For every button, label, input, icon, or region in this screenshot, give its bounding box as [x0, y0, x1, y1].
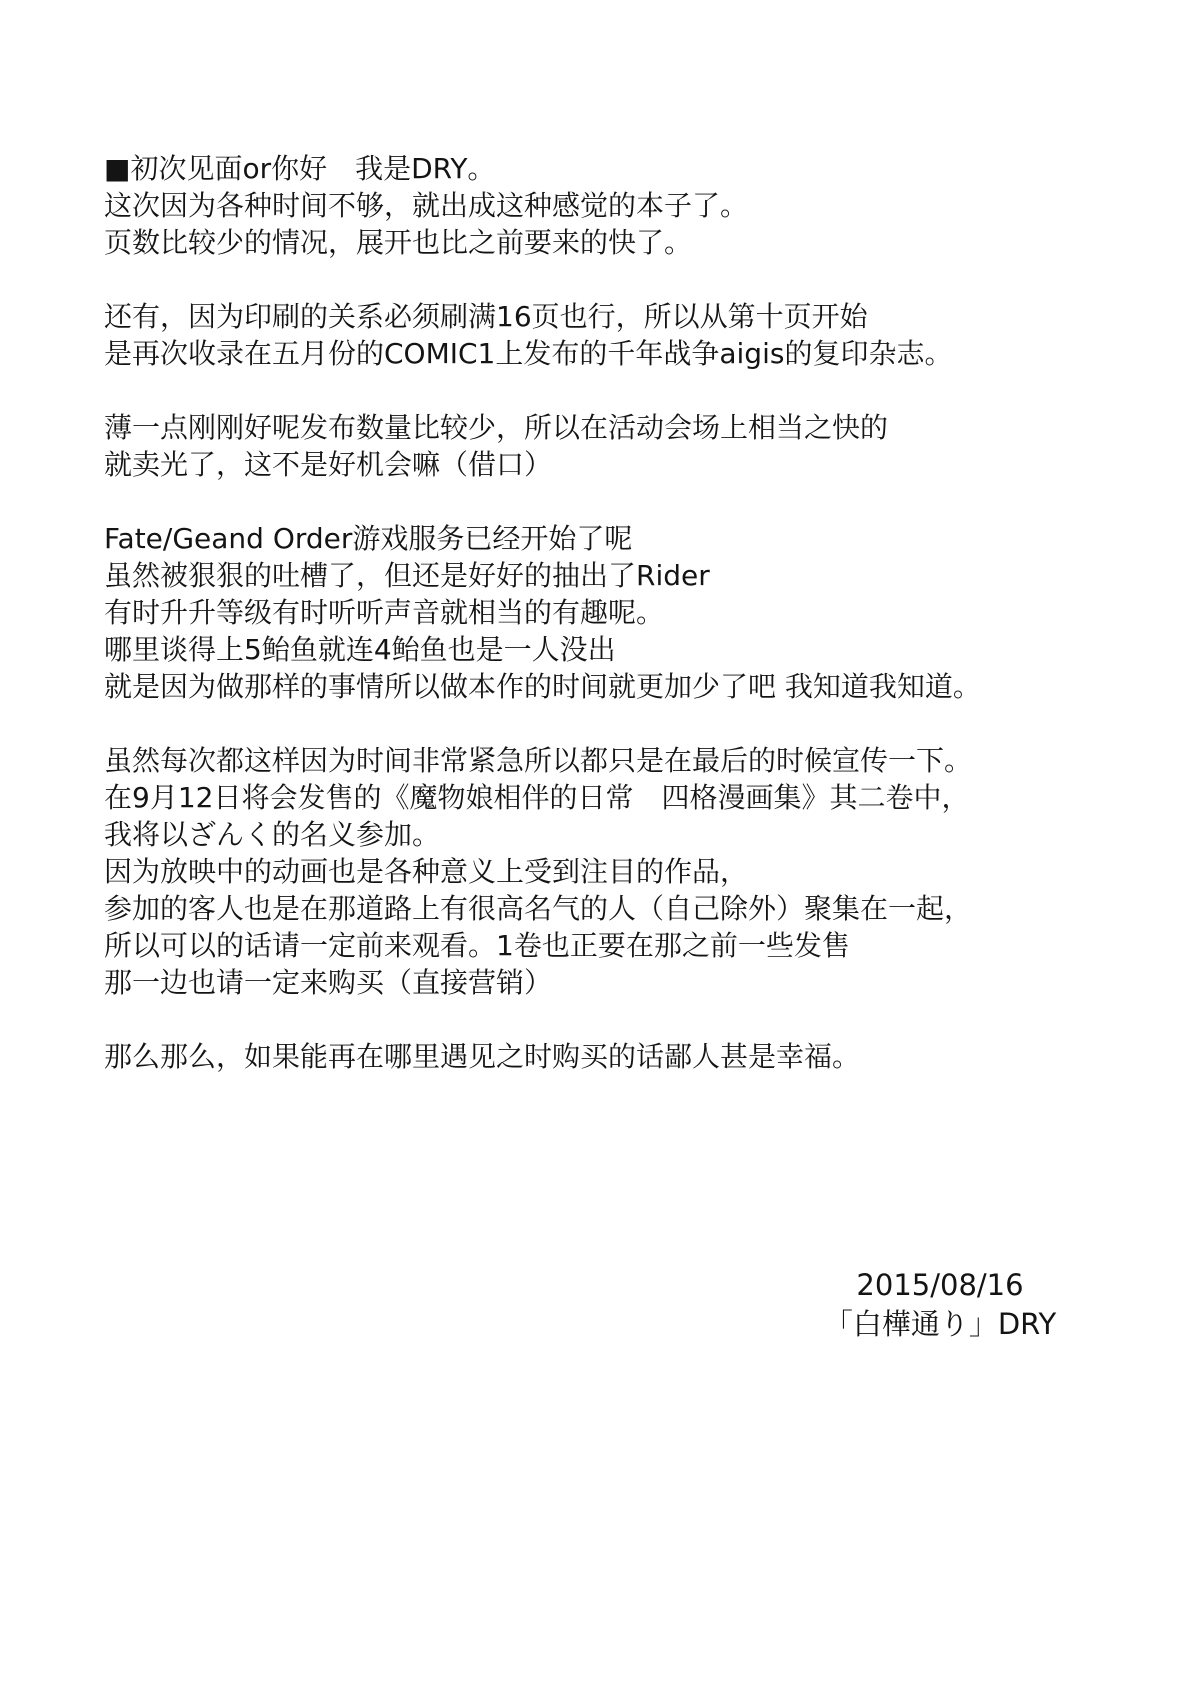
paragraph-fgo: Fate/Geand Order游戏服务已经开始了呢 虽然被狠狠的吐槽了，但还是… — [104, 520, 1124, 705]
text-line: 这次因为各种时间不够，就出成这种感觉的本子了。 — [104, 187, 1124, 224]
text-line: 是再次收录在五月份的COMIC1上发布的千年战争aigis的复印杂志。 — [104, 335, 1124, 372]
text-line: 那么那么，如果能再在哪里遇见之时购买的话鄙人甚是幸福。 — [104, 1038, 1124, 1075]
signature-block: 2015/08/16 「白樺通り」DRY — [780, 1266, 1100, 1344]
paragraph-closing: 那么那么，如果能再在哪里遇见之时购买的话鄙人甚是幸福。 — [104, 1038, 1124, 1075]
text-line: 虽然每次都这样因为时间非常紧急所以都只是在最后的时候宣传一下。 — [104, 742, 1124, 779]
text-line: 还有，因为印刷的关系必须刷满16页也行，所以从第十页开始 — [104, 298, 1124, 335]
paragraph-greeting: ■初次见面or你好 我是DRY。 这次因为各种时间不够，就出成这种感觉的本子了。… — [104, 150, 1124, 261]
paragraph-announcement: 虽然每次都这样因为时间非常紧急所以都只是在最后的时候宣传一下。 在9月12日将会… — [104, 742, 1124, 1001]
text-line: ■初次见面or你好 我是DRY。 — [104, 150, 1124, 187]
text-line: 页数比较少的情况，展开也比之前要来的快了。 — [104, 224, 1124, 261]
text-line: 就卖光了，这不是好机会嘛（借口） — [104, 446, 1124, 483]
paragraph-sold-out: 薄一点刚刚好呢发布数量比较少，所以在活动会场上相当之快的 就卖光了，这不是好机会… — [104, 409, 1124, 483]
text-line: 因为放映中的动画也是各种意义上受到注目的作品， — [104, 853, 1124, 890]
text-line: 哪里谈得上5鲐鱼就连4鲐鱼也是一人没出 — [104, 631, 1124, 668]
signature-credit: 「白樺通り」DRY — [780, 1305, 1100, 1344]
text-line: 薄一点刚刚好呢发布数量比较少，所以在活动会场上相当之快的 — [104, 409, 1124, 446]
afterword-page: ■初次见面or你好 我是DRY。 这次因为各种时间不够，就出成这种感觉的本子了。… — [0, 0, 1200, 1701]
text-line: 那一边也请一定来购买（直接营销） — [104, 964, 1124, 1001]
text-line: 参加的客人也是在那道路上有很高名气的人（自己除外）聚集在一起， — [104, 890, 1124, 927]
text-line: Fate/Geand Order游戏服务已经开始了呢 — [104, 520, 1124, 557]
afterword-text: ■初次见面or你好 我是DRY。 这次因为各种时间不够，就出成这种感觉的本子了。… — [104, 150, 1124, 1112]
signature-date: 2015/08/16 — [780, 1266, 1100, 1305]
text-line: 有时升升等级有时听听声音就相当的有趣呢。 — [104, 594, 1124, 631]
text-line: 我将以ざんく的名义参加。 — [104, 816, 1124, 853]
text-line: 所以可以的话请一定前来观看。1卷也正要在那之前一些发售 — [104, 927, 1124, 964]
paragraph-printing: 还有，因为印刷的关系必须刷满16页也行，所以从第十页开始 是再次收录在五月份的C… — [104, 298, 1124, 372]
text-line: 虽然被狠狠的吐槽了，但还是好好的抽出了Rider — [104, 557, 1124, 594]
text-line: 在9月12日将会发售的《魔物娘相伴的日常 四格漫画集》其二卷中， — [104, 779, 1124, 816]
text-line: 就是因为做那样的事情所以做本作的时间就更加少了吧 我知道我知道。 — [104, 668, 1124, 705]
